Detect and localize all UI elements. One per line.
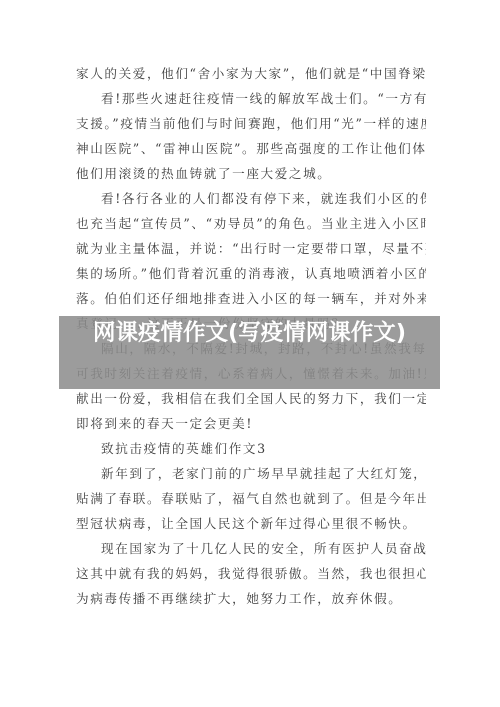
text-line: 也充当起“宣传员”、“劝导员”的角色。当业主进入小区时，他们 bbox=[76, 211, 426, 236]
text-line: 家人的关爱，他们“舍小家为大家”，他们就是“中国脊梁”！ bbox=[76, 61, 426, 86]
text-line: 集的场所。”他们背着沉重的消毒液，认真地喷洒着小区的每一个角 bbox=[76, 261, 426, 286]
text-line: 为病毒传播不再继续扩大，她努力工作，放弃休假。 bbox=[76, 586, 426, 611]
text-line: 现在国家为了十几亿人民的安全，所有医护人员奋战在第一线。 bbox=[76, 536, 426, 561]
text-line: 他们用滚烫的热血铸就了一座大爱之城。 bbox=[76, 161, 426, 186]
text-line: 贴满了春联。春联贴了，福气自然也就到了。但是今年出现的一种新 bbox=[76, 486, 426, 511]
text-line: 神山医院”、“雷神山医院”。那些高强度的工作让他们体力虚脱，但 bbox=[76, 136, 426, 161]
document-page: 家人的关爱，他们“舍小家为大家”，他们就是“中国脊梁”！ 看!那些火速赶往疫情一… bbox=[0, 0, 500, 707]
text-line: 即将到来的春天一定会更美! bbox=[76, 411, 426, 436]
section-heading: 致抗击疫情的英雄们作文3 bbox=[76, 436, 426, 461]
text-line: 就为业主量体温，并说：“出行时一定要带口罩，尽量不要去人群密 bbox=[76, 236, 426, 261]
text-line: 支援。”疫情当前他们与时间赛跑，他们用“光”一样的速度去建造“火 bbox=[76, 111, 426, 136]
text-line: 型冠状病毒，让全国人民这个新年过得心里很不畅快。 bbox=[76, 511, 426, 536]
text-line: 献出一份爱，我相信在我们全国人民的努力下，我们一定能攻克疫情! bbox=[76, 386, 426, 411]
text-line: 新年到了，老家门前的广场早早就挂起了大红灯笼，大街小巷也 bbox=[76, 461, 426, 486]
text-line: 落。伯伯们还仔细地排查进入小区的每一辆车，并对外来车辆进行认 bbox=[76, 286, 426, 311]
text-line: 看!各行各业的人们都没有停下来，就连我们小区的保安伯伯们 bbox=[76, 186, 426, 211]
text-line: 看!那些火速赶往疫情一线的解放军战士们。“一方有难，八方 bbox=[76, 86, 426, 111]
text-line: 这其中就有我的妈妈，我觉得很骄傲。当然，我也很担心她的.安全。 bbox=[76, 561, 426, 586]
banner-title: 网课疫情作文(写疫情网课作文) bbox=[59, 318, 440, 348]
